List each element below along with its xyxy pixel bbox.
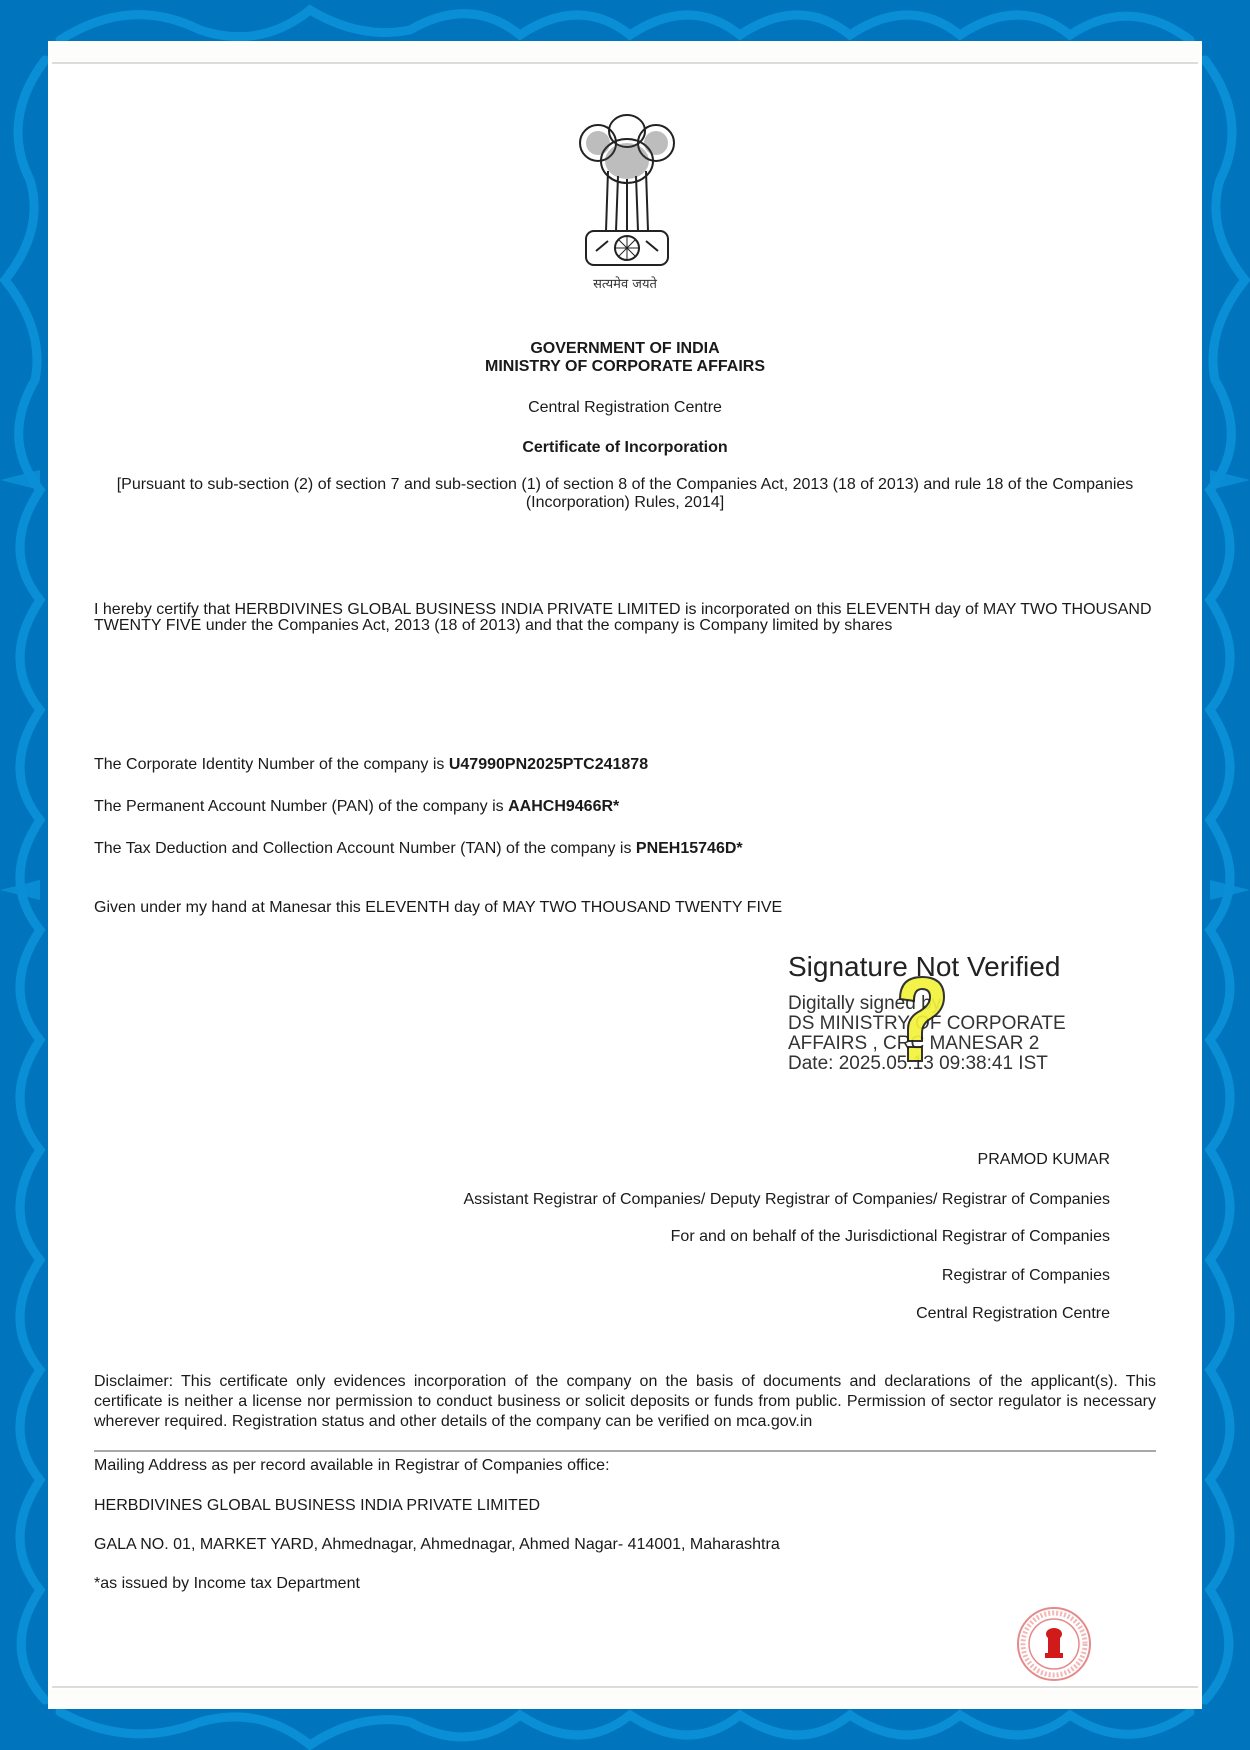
government-title: GOVERNMENT OF INDIA — [48, 340, 1202, 358]
page-bottom-band — [48, 1689, 1202, 1709]
disclaimer: Disclaimer: This certificate only eviden… — [94, 1372, 1156, 1432]
top-divider — [52, 62, 1198, 64]
emblem-motto: सत्यमेव जयते — [48, 274, 1202, 292]
mailing-company-name: HERBDIVINES GLOBAL BUSINESS INDIA PRIVAT… — [94, 1497, 540, 1515]
certificate-title: Certificate of Incorporation — [48, 439, 1202, 457]
cin-value: U47990PN2025PTC241878 — [449, 756, 648, 773]
given-under-hand: Given under my hand at Manesar this ELEV… — [94, 899, 782, 917]
registration-centre: Central Registration Centre — [48, 399, 1202, 417]
tan-value: PNEH15746D* — [636, 840, 743, 857]
income-tax-note: *as issued by Income tax Department — [94, 1575, 360, 1593]
signatory-office: Registrar of Companies — [942, 1267, 1110, 1285]
pan-line: The Permanent Account Number (PAN) of th… — [94, 798, 619, 816]
ministry-title: MINISTRY OF CORPORATE AFFAIRS — [48, 358, 1202, 376]
digital-signature-block[interactable]: Signature Not Verified Digitally signed … — [788, 951, 1108, 1081]
certificate-page: सत्यमेव जयते GOVERNMENT OF INDIA MINISTR… — [48, 41, 1202, 1709]
ministry-seal-icon — [1014, 1604, 1094, 1684]
cin-label: The Corporate Identity Number of the com… — [94, 756, 449, 773]
disclaimer-divider — [94, 1450, 1156, 1452]
page-top-band — [48, 41, 1202, 61]
certification-statement: I hereby certify that HERBDIVINES GLOBAL… — [94, 602, 1158, 634]
cin-line: The Corporate Identity Number of the com… — [94, 756, 648, 774]
pan-value: AAHCH9466R* — [508, 798, 619, 815]
legal-reference: [Pursuant to sub-section (2) of section … — [88, 476, 1162, 512]
signatory-designation: Assistant Registrar of Companies/ Deputy… — [464, 1191, 1111, 1209]
tan-line: The Tax Deduction and Collection Account… — [94, 840, 743, 858]
tan-label: The Tax Deduction and Collection Account… — [94, 840, 636, 857]
mailing-address: GALA NO. 01, MARKET YARD, Ahmednagar, Ah… — [94, 1536, 780, 1554]
question-mark-icon — [888, 971, 952, 1067]
signatory-behalf: For and on behalf of the Jurisdictional … — [671, 1228, 1110, 1246]
signatory-centre: Central Registration Centre — [916, 1305, 1110, 1323]
signatory-name: PRAMOD KUMAR — [978, 1151, 1110, 1169]
national-emblem-icon — [568, 101, 686, 301]
pan-label: The Permanent Account Number (PAN) of th… — [94, 798, 508, 815]
bottom-divider — [52, 1686, 1198, 1688]
issuing-authority: GOVERNMENT OF INDIA MINISTRY OF CORPORAT… — [48, 340, 1202, 376]
mailing-address-label: Mailing Address as per record available … — [94, 1457, 610, 1475]
